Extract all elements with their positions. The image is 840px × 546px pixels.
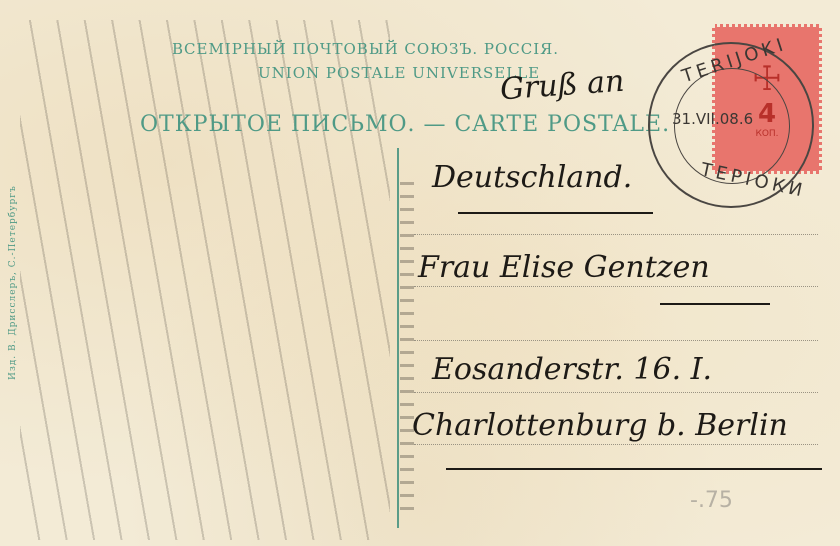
printed-header-russian: ВСЕМІРНЫЙ ПОЧТОВЫЙ СОЮЗЪ. РОССІЯ.: [172, 40, 559, 58]
address-dotted-line: [414, 392, 818, 393]
handwritten-greeting: Gruß an: [499, 64, 626, 108]
address-country: Deutschland.: [432, 160, 632, 195]
printed-title: ОТКРЫТОЕ ПИСЬМО. — CARTE POSTALE.: [140, 112, 670, 137]
handwritten-message-margin: [400, 180, 414, 520]
address-recipient: Frau Elise Gentzen: [418, 250, 710, 285]
address-street: Eosanderstr. 16. I.: [432, 352, 712, 387]
printed-divider-line: [397, 148, 399, 528]
address-dotted-line: [414, 340, 818, 341]
address-dotted-line: [414, 286, 818, 287]
address-dotted-line: [414, 444, 818, 445]
postcard: ВСЕМІРНЫЙ ПОЧТОВЫЙ СОЮЗЪ. РОССІЯ. UNION …: [0, 0, 840, 546]
address-city: Charlottenburg b. Berlin: [412, 408, 788, 443]
underline: [446, 468, 822, 470]
publisher-imprint: Изд. В. Дрисслеръ, С.-Петербургъ: [8, 185, 18, 380]
handwritten-message: [20, 20, 390, 540]
address-dotted-line: [414, 234, 818, 235]
postmark-date: 31.VII.08.6: [672, 110, 753, 128]
underline: [660, 303, 770, 305]
pencil-price-note: -.75: [690, 488, 733, 513]
printed-header-french: UNION POSTALE UNIVERSELLE: [258, 64, 540, 82]
underline: [458, 212, 653, 214]
